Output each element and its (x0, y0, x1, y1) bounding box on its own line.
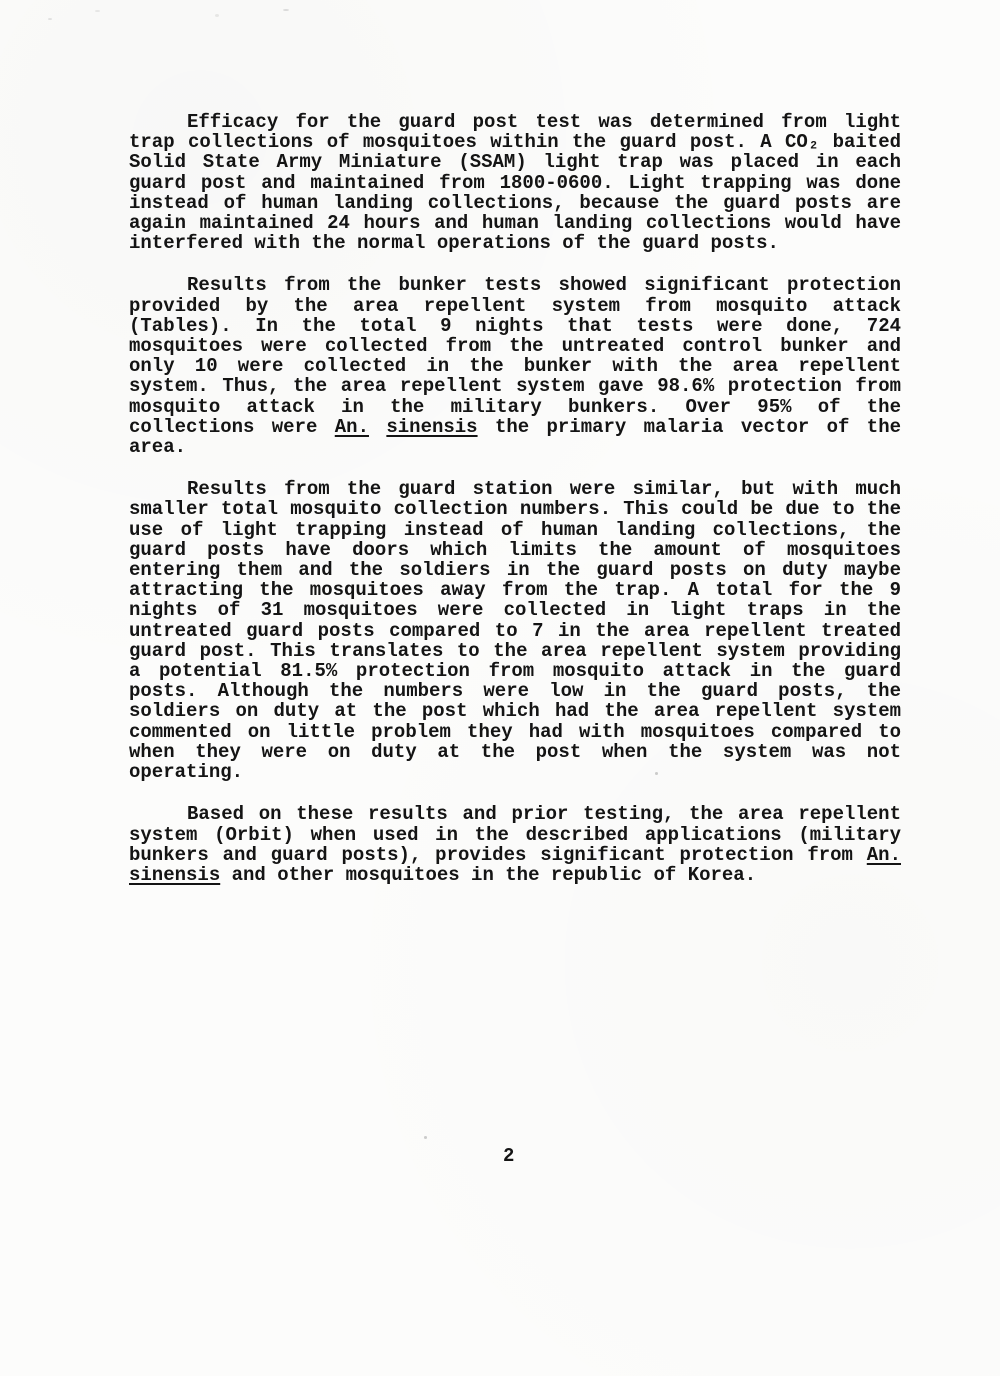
scan-speck (215, 14, 219, 17)
text-line: system. Thus, the area repellent system … (129, 376, 901, 396)
scan-speck (283, 9, 289, 11)
text-segment: when they were on duty at the post when … (129, 741, 901, 763)
text-line: smaller total mosquito collection number… (129, 499, 901, 519)
text-segment: a potential 81.5% protection from mosqui… (129, 660, 901, 682)
text-line: guard posts have doors which limits the … (129, 540, 901, 560)
text-line: Solid State Army Miniature (SSAM) light … (129, 152, 901, 172)
text-segment: Solid State Army Miniature (SSAM) light … (129, 151, 901, 173)
text-segment: Results from the guard station were simi… (187, 478, 901, 500)
text-segment: again maintained 24 hours and human land… (129, 212, 901, 234)
text-line: again maintained 24 hours and human land… (129, 213, 901, 233)
text-segment: collections were (129, 416, 335, 438)
text-line: (Tables). In the total 9 nights that tes… (129, 316, 901, 336)
text-segment: mosquitoes were collected from the untre… (129, 335, 901, 357)
text-line: guard post and maintained from 1800-0600… (129, 173, 901, 193)
page-number: 2 (503, 1145, 514, 1167)
text-line: only 10 were collected in the bunker wit… (129, 356, 901, 376)
text-line: Efficacy for the guard post test was det… (129, 112, 901, 132)
text-line: provided by the area repellent system fr… (129, 296, 901, 316)
text-segment: soldiers on duty at the post which had t… (129, 700, 901, 722)
text-segment: only 10 were collected in the bunker wit… (129, 355, 901, 377)
text-segment: Based on these results and prior testing… (187, 803, 901, 825)
text-segment: guard post. This translates to the area … (129, 640, 901, 662)
text-line: mosquito attack in the military bunkers.… (129, 397, 901, 417)
text-line: use of light trapping instead of human l… (129, 520, 901, 540)
underlined-species-name: An. (335, 416, 369, 438)
text-line: Based on these results and prior testing… (129, 804, 901, 824)
text-segment: smaller total mosquito collection number… (129, 498, 901, 520)
paragraph: Efficacy for the guard post test was det… (129, 112, 901, 253)
text-segment: posts. Although the numbers were low in … (129, 680, 901, 702)
text-line: soldiers on duty at the post which had t… (129, 701, 901, 721)
paragraph: Based on these results and prior testing… (129, 804, 901, 885)
text-segment: and other mosquitoes in the republic of … (220, 864, 756, 886)
text-segment: instead of human landing collections, be… (129, 192, 901, 214)
text-segment: Efficacy for the guard post test was det… (187, 111, 901, 133)
text-line: Results from the guard station were simi… (129, 479, 901, 499)
text-segment: Results from the bunker tests showed sig… (187, 274, 901, 296)
text-line: sinensis and other mosquitoes in the rep… (129, 865, 901, 885)
paragraph: Results from the guard station were simi… (129, 479, 901, 782)
text-line: nights of 31 mosquitoes were collected i… (129, 600, 901, 620)
document-body: Efficacy for the guard post test was det… (129, 112, 901, 907)
text-segment: commented on little problem they had wit… (129, 721, 901, 743)
text-line: mosquitoes were collected from the untre… (129, 336, 901, 356)
text-line: collections were An. sinensis the primar… (129, 417, 901, 437)
text-segment: bunkers and guard posts), provides signi… (129, 844, 867, 866)
text-line: entering them and the soldiers in the gu… (129, 560, 901, 580)
text-segment: system. Thus, the area repellent system … (129, 375, 901, 397)
scan-speck (424, 1136, 427, 1139)
text-line: commented on little problem they had wit… (129, 722, 901, 742)
text-line: trap collections of mosquitoes within th… (129, 132, 901, 152)
text-segment: provided by the area repellent system fr… (129, 295, 901, 317)
text-line: area. (129, 437, 901, 457)
text-segment: trap collections of mosquitoes within th… (129, 131, 901, 153)
text-segment: mosquito attack in the military bunkers.… (129, 396, 901, 418)
text-line: attracting the mosquitoes away from the … (129, 580, 901, 600)
text-line: posts. Although the numbers were low in … (129, 681, 901, 701)
text-line: operating. (129, 762, 901, 782)
text-segment: untreated guard posts compared to 7 in t… (129, 620, 901, 642)
text-line: guard post. This translates to the area … (129, 641, 901, 661)
text-segment: area. (129, 436, 186, 458)
text-line: system (Orbit) when used in the describe… (129, 825, 901, 845)
text-line: when they were on duty at the post when … (129, 742, 901, 762)
text-segment: (Tables). In the total 9 nights that tes… (129, 315, 901, 337)
text-line: Results from the bunker tests showed sig… (129, 275, 901, 295)
text-segment: entering them and the soldiers in the gu… (129, 559, 901, 581)
text-line: instead of human landing collections, be… (129, 193, 901, 213)
text-segment (369, 416, 386, 438)
text-segment: nights of 31 mosquitoes were collected i… (129, 599, 901, 621)
text-line: interfered with the normal operations of… (129, 233, 901, 253)
text-segment: interfered with the normal operations of… (129, 232, 779, 254)
text-line: untreated guard posts compared to 7 in t… (129, 621, 901, 641)
text-segment: guard post and maintained from 1800-0600… (129, 172, 901, 194)
scanned-page: Efficacy for the guard post test was det… (0, 0, 1000, 1376)
text-segment: use of light trapping instead of human l… (129, 519, 901, 541)
text-segment: operating. (129, 761, 243, 783)
paragraph: Results from the bunker tests showed sig… (129, 275, 901, 457)
text-segment: the primary malaria vector of the (478, 416, 901, 438)
scan-speck (48, 18, 52, 20)
text-segment: guard posts have doors which limits the … (129, 539, 901, 561)
text-line: bunkers and guard posts), provides signi… (129, 845, 901, 865)
text-segment: attracting the mosquitoes away from the … (129, 579, 901, 601)
underlined-species-name: An. (867, 844, 901, 866)
scan-speck (95, 10, 100, 12)
text-line: a potential 81.5% protection from mosqui… (129, 661, 901, 681)
text-segment: system (Orbit) when used in the describe… (129, 824, 901, 846)
underlined-species-name: sinensis (129, 864, 220, 886)
underlined-species-name: sinensis (386, 416, 477, 438)
